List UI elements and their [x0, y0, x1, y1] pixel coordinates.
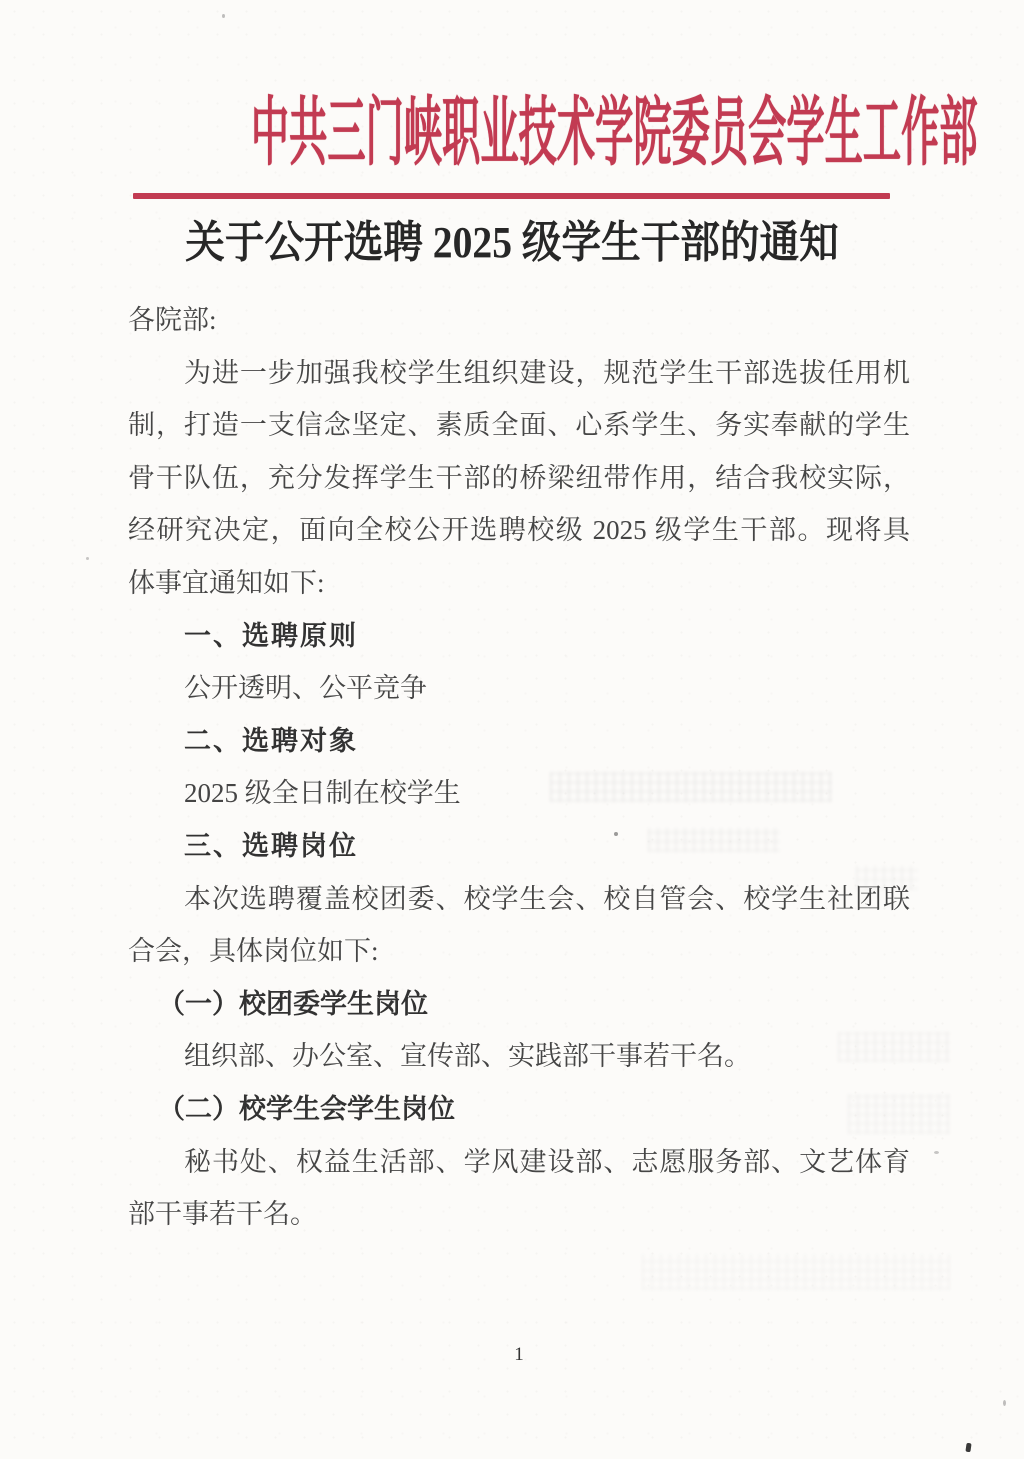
section-3-heading: 三、选聘岗位: [128, 820, 910, 873]
scanned-notice-page: 中共三门峡职业技术学院委员会学生工作部 关于公开选聘 2025 级学生干部的通知…: [0, 0, 1024, 1459]
intro-paragraph-line: 制，打造一支信念坚定、素质全面、心系学生、务实奉献的学生: [128, 399, 910, 452]
page-number: 1: [0, 1344, 1024, 1366]
section-3-intro-line: 合会，具体岗位如下:: [128, 925, 910, 978]
intro-paragraph-line: 经研究决定，面向全校公开选聘校级 2025 级学生干部。现将具: [128, 504, 910, 557]
salutation-line: 各院部:: [128, 294, 910, 347]
notice-title: 关于公开选聘 2025 级学生干部的通知: [51, 214, 973, 272]
scan-speck: [965, 1443, 971, 1453]
section-2-heading: 二、选聘对象: [128, 715, 910, 768]
letterhead-divider-rule: [133, 193, 890, 199]
scan-speck: [222, 14, 225, 18]
subsection-1-content-line: 组织部、办公室、宣传部、实践部干事若干名。: [128, 1030, 910, 1083]
intro-paragraph-line: 为进一步加强我校学生组织建设，规范学生干部选拔任用机: [128, 347, 910, 400]
subsection-2-heading: （二）校学生会学生岗位: [128, 1083, 910, 1136]
subsection-1-heading: （一）校团委学生岗位: [128, 978, 910, 1031]
section-2-content-line: 2025 级全日制在校学生: [128, 767, 910, 820]
section-1-heading: 一、选聘原则: [128, 610, 910, 663]
section-3-intro-line: 本次选聘覆盖校团委、校学生会、校自管会、校学生社团联: [128, 873, 910, 926]
letterhead-org-name: 中共三门峡职业技术学院委员会学生工作部: [251, 92, 773, 176]
section-1-content-line: 公开透明、公平竞争: [128, 662, 910, 715]
subsection-2-content-line: 秘书处、权益生活部、学风建设部、志愿服务部、文艺体育: [128, 1136, 910, 1189]
scan-speck: [934, 1151, 939, 1154]
notice-body: 各院部: 为进一步加强我校学生组织建设，规范学生干部选拔任用机 制，打造一支信念…: [128, 294, 910, 1241]
subsection-2-content-line: 部干事若干名。: [128, 1188, 910, 1241]
intro-paragraph-line: 体事宜通知如下:: [128, 557, 910, 610]
scan-speck: [1003, 1400, 1006, 1406]
scan-speck: [86, 557, 89, 560]
intro-paragraph-line: 骨干队伍，充分发挥学生干部的桥梁纽带作用，结合我校实际，: [128, 452, 910, 505]
bleed-through-artifact: [642, 1254, 950, 1290]
